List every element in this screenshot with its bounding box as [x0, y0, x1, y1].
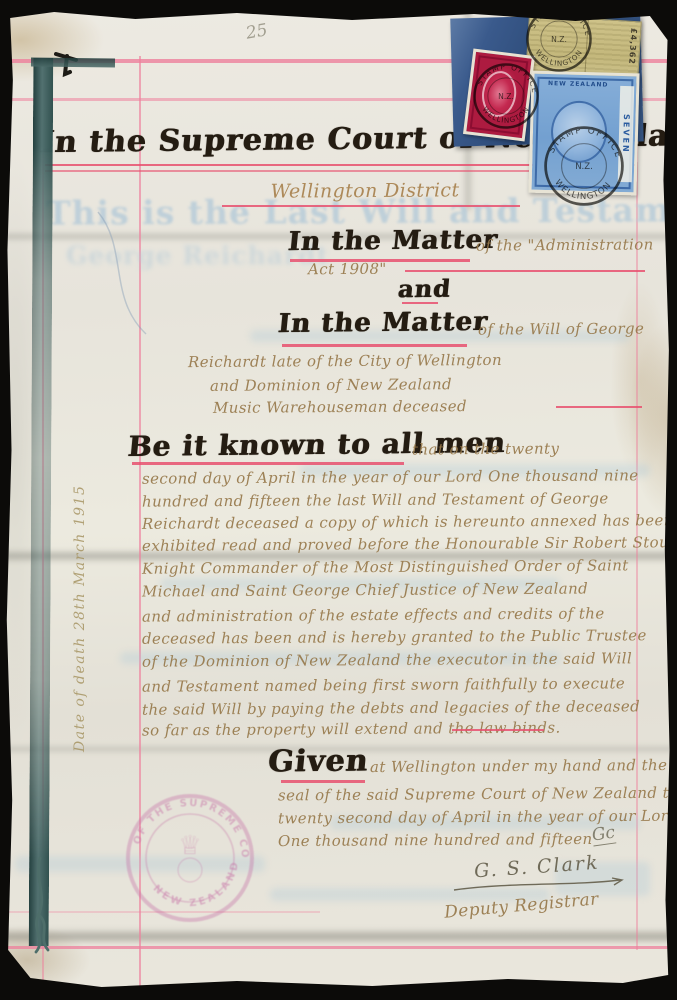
- postmark-cancel: STAMP OFFICE WELLINGTON N.Z.: [536, 118, 632, 214]
- binding-tape-stub: [31, 58, 115, 68]
- signature-flourish: [452, 876, 632, 894]
- margin-date-of-death: Date of death 28th March 1915: [72, 322, 102, 752]
- district-label: Wellington District: [200, 179, 530, 203]
- body-line: the said Will by paying the debts and le…: [142, 697, 640, 718]
- matter1-rule: [405, 270, 645, 272]
- svg-text:STAMP OFFICE: STAMP OFFICE: [475, 62, 540, 95]
- conjunction-and: and: [397, 274, 453, 304]
- svg-text:STAMP OFFICE: STAMP OFFICE: [528, 5, 593, 38]
- ruled-line-horizontal: [0, 946, 677, 949]
- scanned-probate-document: This is the Last Will and Testament Geor…: [0, 0, 677, 1000]
- paper-stain: [610, 280, 670, 480]
- body-line: and administration of the estate effects…: [142, 604, 605, 625]
- given-continuation: at Wellington under my hand and the: [370, 756, 667, 776]
- registrar-monogram: Gc: [591, 822, 617, 846]
- pencil-annotation: 25: [244, 20, 269, 43]
- proclamation-underline: [132, 462, 404, 465]
- body-line: exhibited read and proved before the Hon…: [142, 533, 676, 555]
- body-line: second day of April in the year of our L…: [142, 466, 639, 487]
- body-line: of the Dominion of New Zealand the execu…: [142, 649, 632, 670]
- body-line: deceased has been and is hereby granted …: [142, 626, 647, 648]
- deceased-rule: [556, 406, 642, 408]
- supreme-court-seal: OF THE SUPREME COURT NEW ZEALAND ♕: [120, 788, 260, 928]
- seal-crown-icon: ♕: [178, 831, 201, 861]
- body-line: Reichardt deceased a copy of which is he…: [142, 511, 674, 533]
- given-underline: [281, 780, 365, 783]
- svg-text:STAMP OFFICE: STAMP OFFICE: [547, 126, 623, 160]
- given-heading: Given: [266, 743, 370, 779]
- body-line: Knight Commander of the Most Distinguish…: [142, 556, 629, 577]
- matter2-line3: Music Warehouseman deceased: [213, 397, 467, 417]
- matter2-heading: In the Matter: [276, 307, 489, 339]
- body-end-rule: [452, 729, 544, 731]
- body-line: Michael and Saint George Chief Justice o…: [142, 579, 588, 600]
- attestation-line2: twenty second day of April in the year o…: [278, 807, 677, 828]
- and-underline: [402, 302, 438, 304]
- binding-thread: [26, 856, 60, 956]
- matter2-text: of the Will of George: [478, 319, 644, 338]
- svg-text:N.Z.: N.Z.: [575, 162, 593, 172]
- matter1-heading: In the Matter: [286, 225, 499, 257]
- pen-scratch: [88, 208, 168, 338]
- binding-tape: [29, 58, 54, 946]
- registrar-title: Deputy Registrar: [443, 889, 599, 922]
- svg-text:NEW ZEALAND: NEW ZEALAND: [151, 859, 242, 909]
- body-line: hundred and fifteen the last Will and Te…: [142, 489, 609, 510]
- matter1-text2: Act 1908": [308, 260, 387, 279]
- attestation-line1: seal of the said Supreme Court of New Ze…: [278, 784, 677, 805]
- matter2-line1: Reichardt late of the City of Wellington: [188, 351, 502, 371]
- matter2-line2: and Dominion of New Zealand: [210, 375, 452, 395]
- matter2-underline: [282, 344, 467, 347]
- svg-text:N.Z.: N.Z.: [551, 35, 567, 44]
- matter1-text: of the "Administration: [476, 235, 654, 254]
- svg-text:N.Z.: N.Z.: [498, 92, 514, 101]
- duty-value-label: £4,362: [627, 28, 638, 65]
- body-line: and Testament named being first sworn fa…: [142, 674, 625, 695]
- district-underline: [222, 205, 520, 207]
- paper-sheet: This is the Last Will and Testament Geor…: [0, 0, 677, 1000]
- fold-crease: [0, 928, 677, 944]
- proclamation-continuation: that on the twenty: [412, 439, 559, 458]
- attestation-line3: One thousand nine hundred and fifteen: [278, 830, 593, 850]
